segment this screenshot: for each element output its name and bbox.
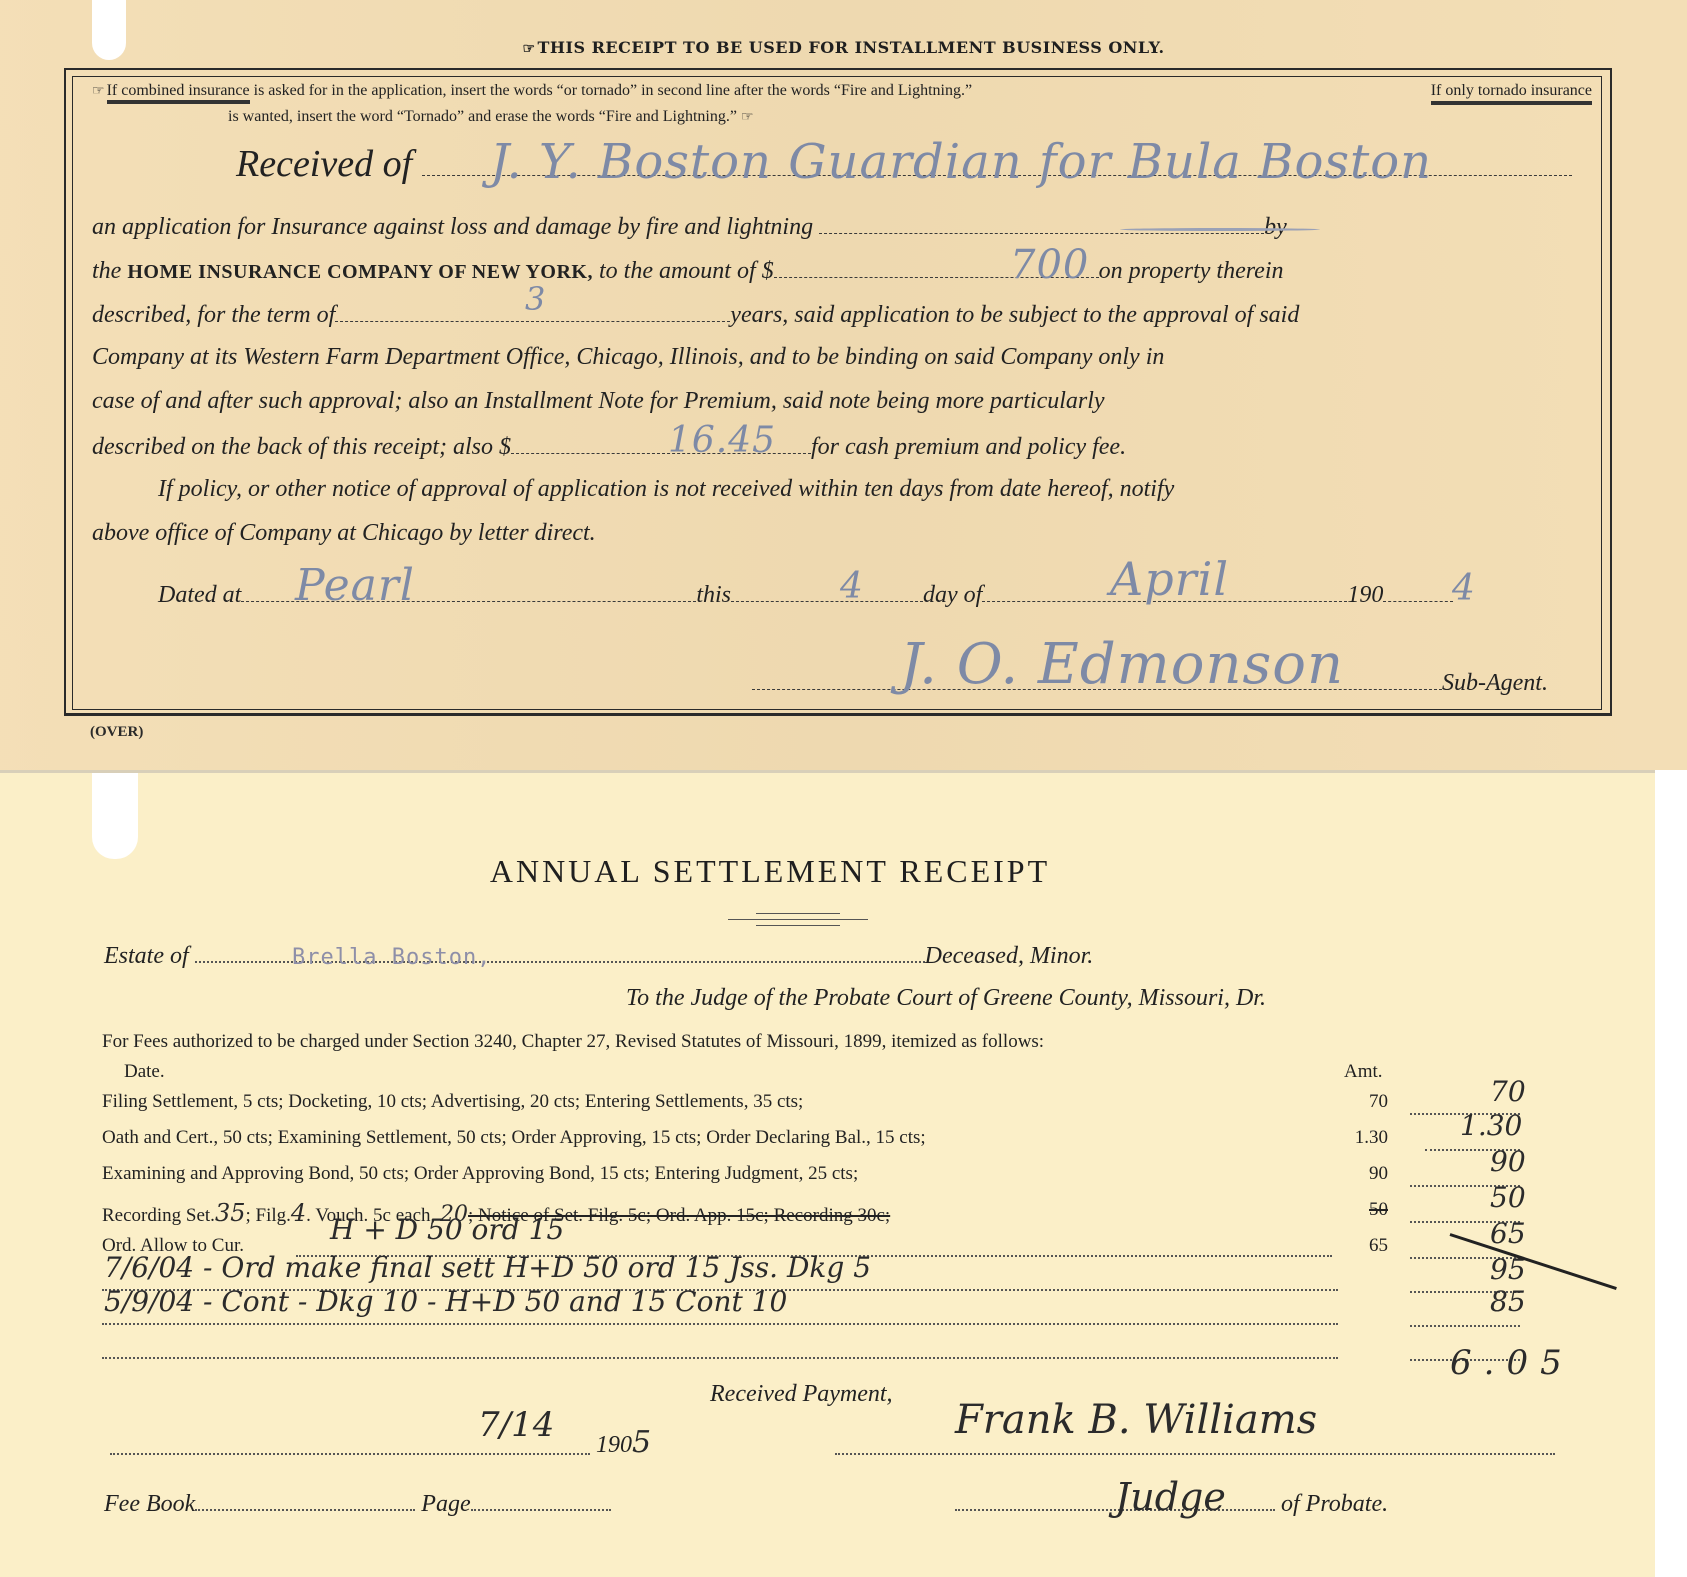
cash-value: 16.45: [668, 420, 776, 461]
pointing-hand-icon: ☞: [92, 84, 105, 99]
settlement-receipt: ANNUAL SETTLEMENT RECEIPT Estate of Dece…: [0, 770, 1655, 1577]
amount-value: 700: [1010, 242, 1089, 288]
pointing-hand-icon: ☞: [522, 41, 535, 57]
title-rule: [756, 913, 840, 914]
title-rule: [756, 925, 840, 926]
handwritten-amount: 50: [1490, 1181, 1526, 1214]
filing-count: 4: [291, 1199, 306, 1227]
judge-signature-field[interactable]: [835, 1441, 1555, 1455]
year-value: 4: [1452, 568, 1476, 609]
installment-notice: ☞THIS RECEIPT TO BE USED FOR INSTALLMENT…: [0, 38, 1687, 57]
estate-value: Brella Boston,: [292, 945, 491, 970]
company-row: the HOME INSURANCE COMPANY OF NEW YORK, …: [92, 256, 1284, 285]
handwritten-amount: 1.30: [1460, 1109, 1522, 1142]
punch-hole: [92, 773, 138, 859]
page-field[interactable]: [471, 1497, 611, 1511]
received-of-value: J. Y. Boston Guardian for Bula Boston: [490, 134, 1432, 190]
company-name: HOME INSURANCE COMPANY OF NEW YORK,: [127, 261, 593, 283]
term-value: 3: [525, 280, 546, 318]
allow-cur-note: H + D 50 ord 15: [330, 1213, 564, 1246]
notify-row-2: above office of Company at Chicago by le…: [92, 520, 596, 547]
recording-set-amount: 35: [215, 1199, 246, 1227]
day-field[interactable]: [731, 580, 923, 602]
term-row: described, for the term ofyears, said ap…: [92, 300, 1299, 329]
instruction-line-1: ☞If combined insurance is asked for in t…: [92, 82, 1592, 100]
note-row: case of and after such approval; also an…: [92, 388, 1105, 415]
received-of-label: Received of: [236, 143, 412, 185]
over-label: (OVER): [90, 724, 143, 741]
fee-item-bond: Examining and Approving Bond, 50 cts; Or…: [102, 1163, 858, 1185]
printed-amount: 50: [1340, 1199, 1388, 1221]
tornado-only-instruction: If only tornado insurance: [1431, 82, 1592, 105]
handwritten-entry: 7/6/04 - Ord make final sett H+D 50 ord …: [104, 1251, 871, 1284]
entry-line[interactable]: [102, 1345, 1338, 1359]
estate-row: Estate of Deceased, Minor.: [104, 943, 1093, 970]
handwritten-entry: 5/9/04 - Cont - Dkg 10 - H+D 50 and 15 C…: [104, 1285, 787, 1318]
application-row: an application for Insurance against los…: [92, 212, 1287, 241]
notify-row: If policy, or other notice of approval o…: [158, 476, 1174, 503]
payment-date: 7/14: [478, 1405, 554, 1445]
fee-item-oath: Oath and Cert., 50 cts; Examining Settle…: [102, 1127, 926, 1149]
handwritten-amount: 70: [1490, 1075, 1526, 1108]
punch-hole-top: [92, 0, 126, 60]
judge-title-handwritten: Judge: [1115, 1475, 1226, 1519]
installment-receipt: ☞THIS RECEIPT TO BE USED FOR INSTALLMENT…: [0, 0, 1687, 770]
year-field[interactable]: [1383, 580, 1453, 602]
printed-amount: 70: [1340, 1091, 1388, 1113]
judge-signature: Frank B. Williams: [955, 1397, 1317, 1443]
fees-intro: For Fees authorized to be charged under …: [102, 1031, 1044, 1053]
printed-amount: 90: [1340, 1163, 1388, 1185]
fee-book-field[interactable]: [195, 1497, 415, 1511]
handwritten-amount: 65: [1490, 1217, 1526, 1250]
printed-amount: 1.30: [1340, 1127, 1388, 1149]
fee-item-filing: Filing Settlement, 5 cts; Docketing, 10 …: [102, 1091, 803, 1113]
instruction-line-2: is wanted, insert the word “Tornado” and…: [228, 108, 756, 126]
settlement-title: ANNUAL SETTLEMENT RECEIPT: [0, 853, 1540, 890]
title-rule: [728, 919, 868, 920]
day-value: 4: [840, 566, 864, 607]
handwritten-amount: 90: [1490, 1145, 1526, 1178]
sub-agent-signature: J. O. Edmonson: [900, 632, 1344, 697]
to-judge-line: To the Judge of the Probate Court of Gre…: [626, 985, 1266, 1012]
date-column-header: Date.: [124, 1061, 165, 1083]
amt-column-header: Amt.: [1344, 1061, 1383, 1083]
printed-amount: 65: [1340, 1235, 1388, 1257]
received-payment-label: Received Payment,: [710, 1381, 893, 1408]
fee-book-row: Fee Book Page: [104, 1491, 611, 1518]
month-value: April: [1110, 552, 1229, 606]
dated-at-value: Pearl: [295, 560, 415, 611]
cash-row: described on the back of this receipt; a…: [92, 432, 1126, 461]
pointing-hand-icon: ☞: [741, 110, 754, 125]
payment-year: 1905: [596, 1425, 651, 1460]
peril-pencil-dash: [1120, 228, 1320, 231]
office-row: Company at its Western Farm Department O…: [92, 344, 1164, 371]
total-amount: 6.05: [1450, 1343, 1574, 1383]
handwritten-amount: 85: [1490, 1285, 1526, 1318]
